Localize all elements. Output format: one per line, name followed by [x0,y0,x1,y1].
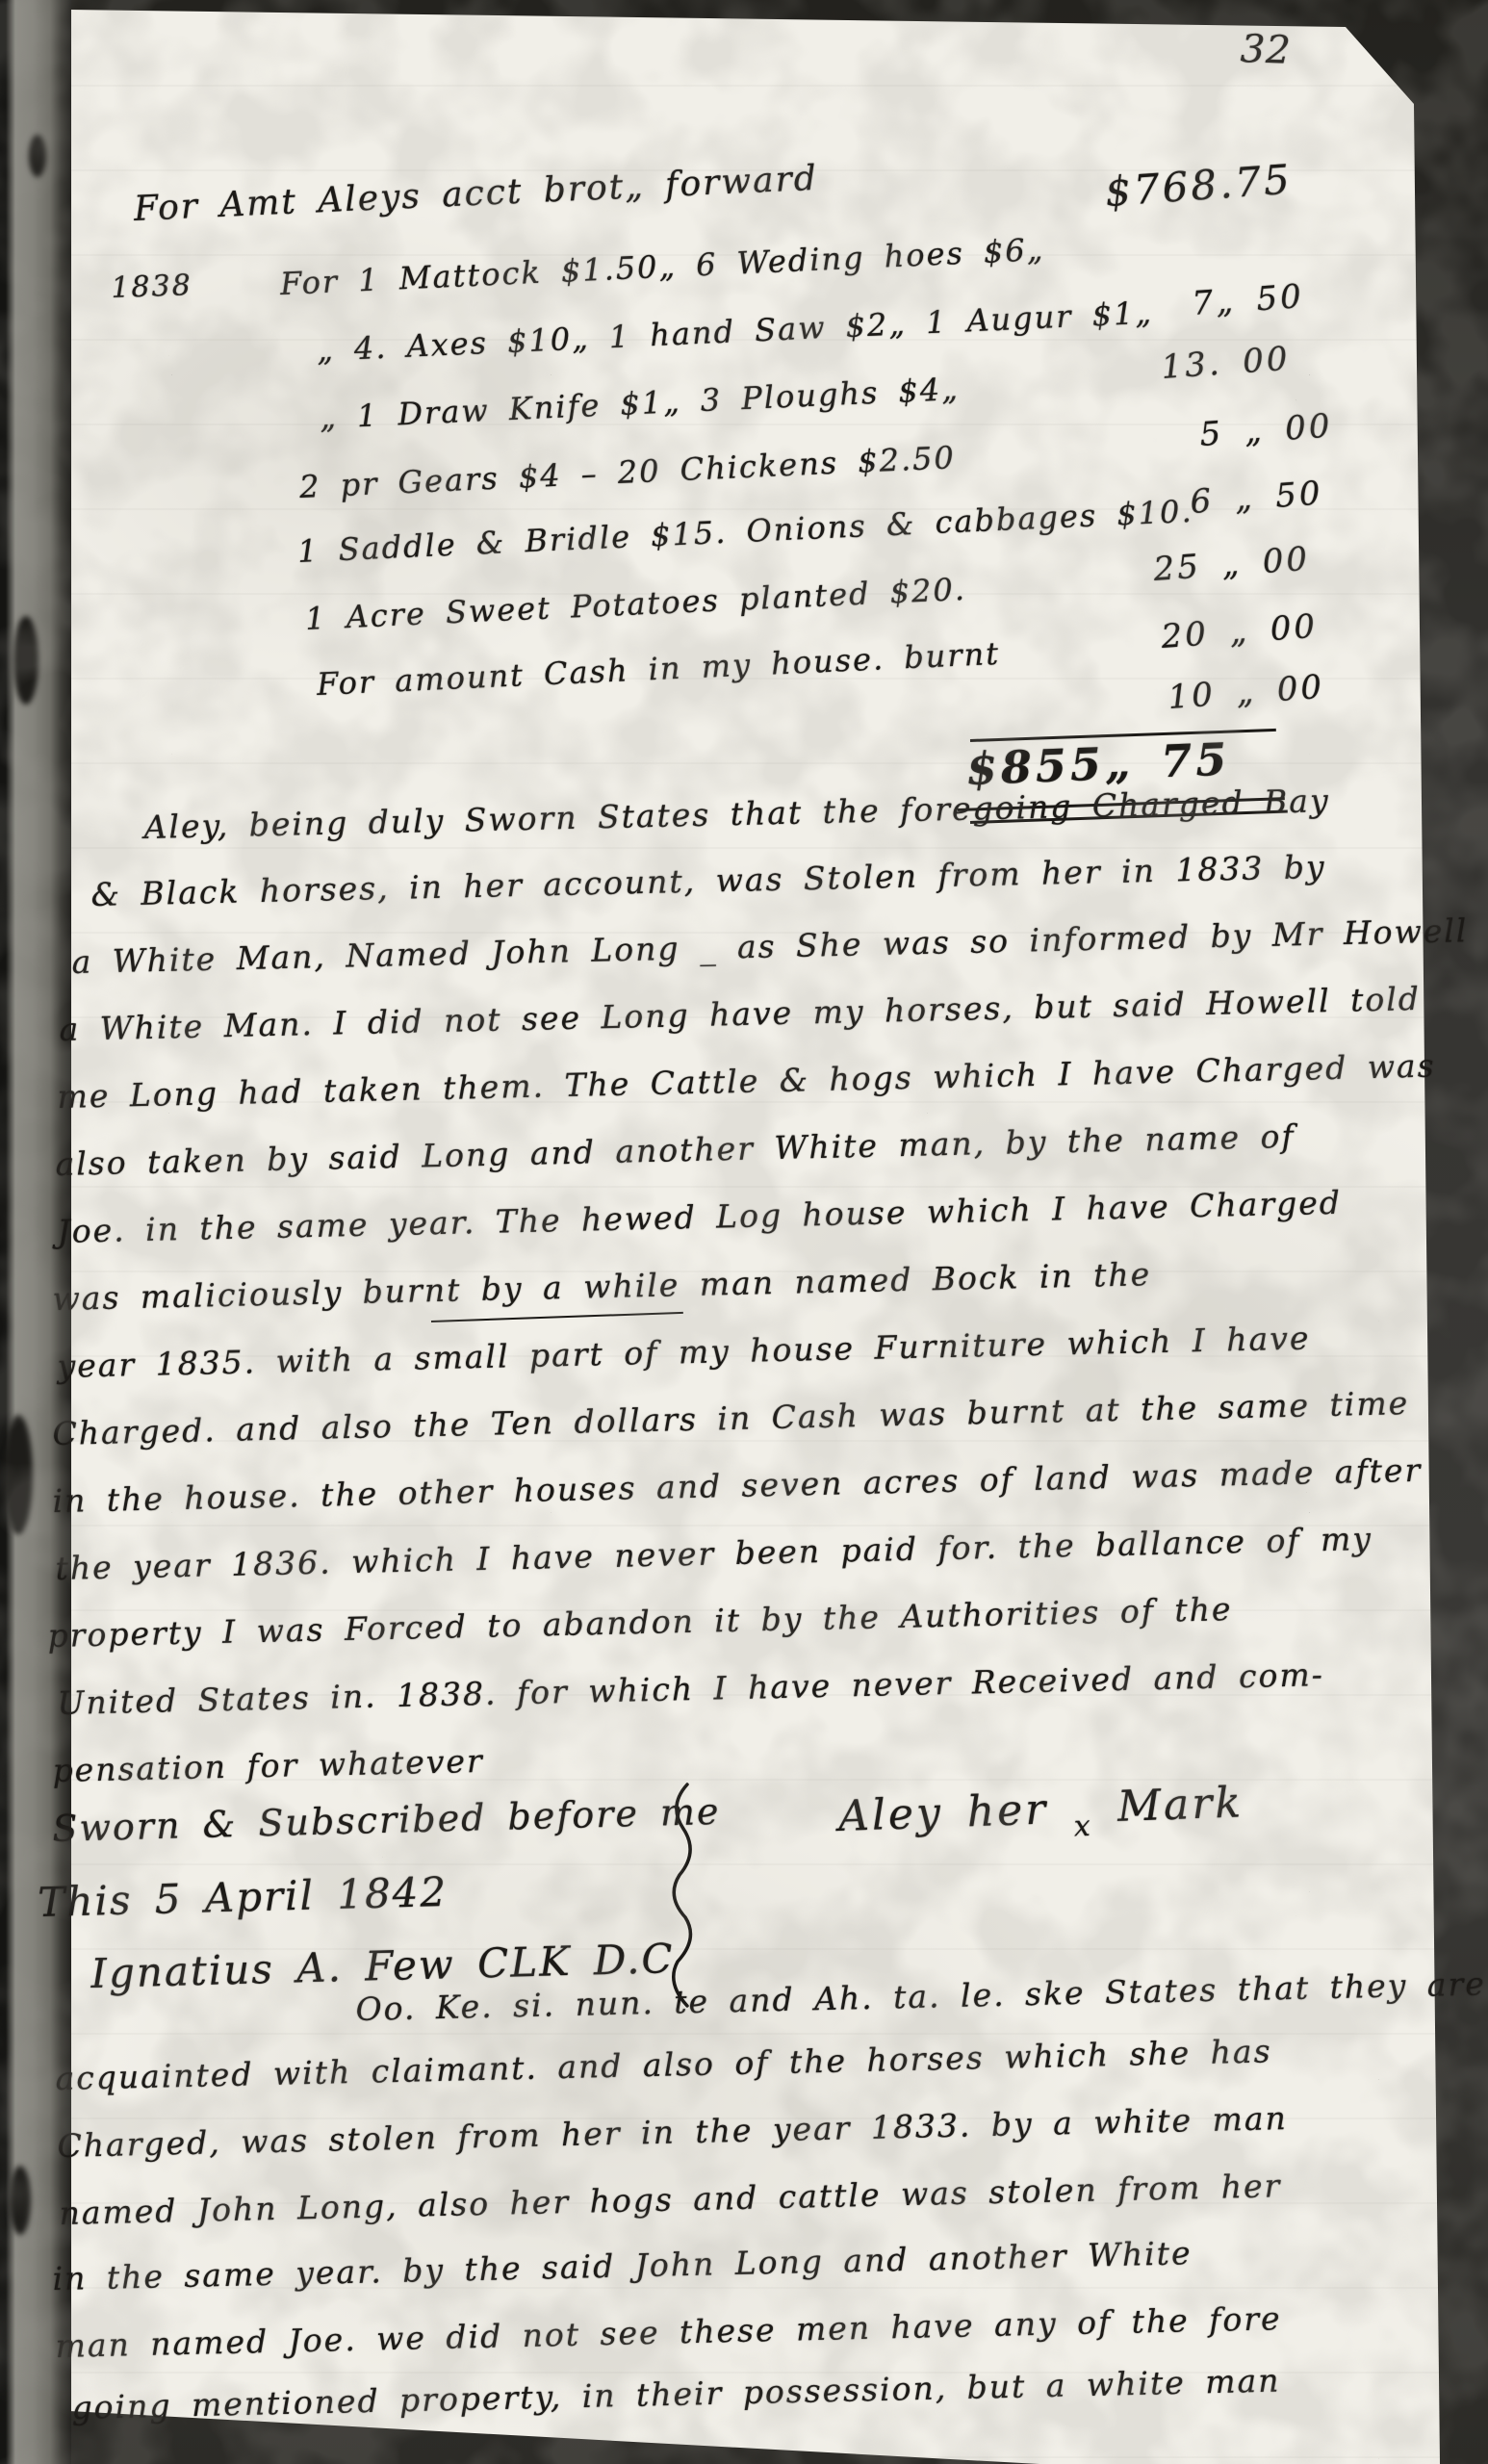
signature-name: Aley her [837,1784,1049,1841]
brace-squiggle [664,1783,703,2009]
gutter-blotch [4,1415,33,1534]
gutter-blotch [29,135,46,177]
signature-mark-x: x [1073,1809,1093,1844]
gutter-blotch [13,616,38,705]
account-year: 1838 [111,269,193,305]
signature-mark-word: Mark [1116,1778,1244,1832]
gutter-blotch [10,2166,31,2235]
scanned-document-page: 32 For Amt Aleys acct brot„ forward $768… [0,0,1488,2464]
page-number: 32 [1240,27,1292,73]
account-row-amount: 7„ 50 [1191,277,1305,323]
